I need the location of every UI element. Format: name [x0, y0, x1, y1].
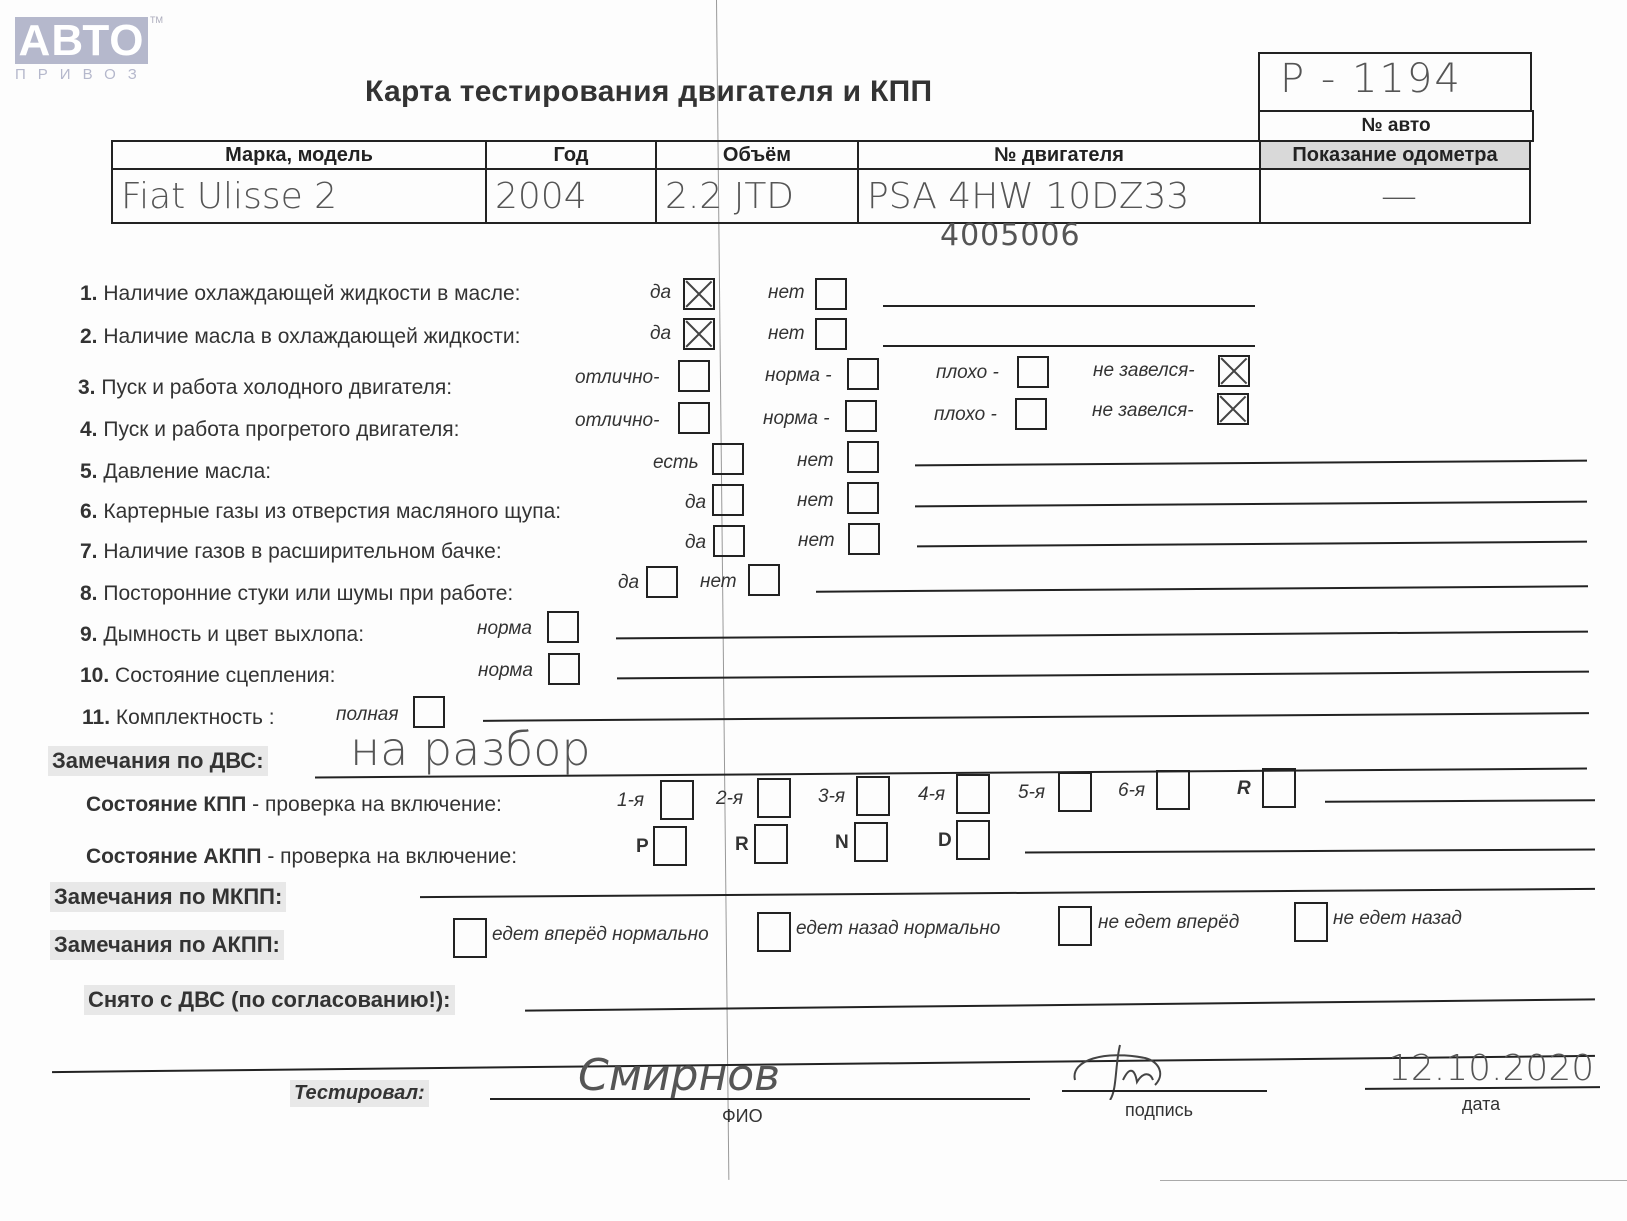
document-title: Карта тестирования двигателя и КПП: [365, 75, 932, 109]
header-engine-number: № двигателя: [858, 141, 1260, 169]
item-6-label: 6. Картерные газы из отверстия масляного…: [80, 500, 561, 524]
item-4-excellent-checkbox[interactable]: [678, 402, 710, 434]
option-label: да: [650, 282, 671, 304]
auto-number-label: № авто: [1258, 110, 1534, 142]
akpp-gear-label: D: [938, 830, 952, 852]
item-1-label: 1. Наличие охлаждающей жидкости в масле:: [80, 282, 520, 306]
value-volume: 2.2 JTD: [656, 169, 858, 223]
item-4-normal-checkbox[interactable]: [845, 400, 877, 432]
header-make-model: Марка, модель: [112, 141, 486, 169]
item-7-no-checkbox[interactable]: [848, 523, 880, 555]
signature-line: [1062, 1090, 1267, 1092]
item-8-label: 8. Посторонние стуки или шумы при работе…: [80, 582, 513, 606]
option-label: да: [650, 323, 671, 345]
akpp-gear-D-checkbox[interactable]: [956, 820, 990, 860]
akpp-notes-line[interactable]: [1025, 849, 1595, 854]
akpp-no-reverse-checkbox[interactable]: [1294, 902, 1328, 942]
option-label: едет вперёд нормально: [492, 924, 709, 946]
option-label: плохо -: [936, 362, 999, 384]
engine-number-extra: 4005006: [940, 218, 1081, 253]
option-label: не завелся-: [1092, 400, 1194, 422]
option-label: да: [685, 492, 706, 514]
option-label: не едет назад: [1333, 908, 1462, 930]
removed-from-engine-line[interactable]: [525, 998, 1595, 1011]
value-make-model: Fiat Ulisse 2: [112, 169, 486, 223]
date-line: [1365, 1086, 1600, 1090]
akpp-gear-label: R: [735, 834, 749, 856]
item-2-notes-line[interactable]: [883, 345, 1255, 347]
option-label: норма -: [765, 365, 832, 387]
item-3-did-not-start-checkbox[interactable]: [1218, 355, 1250, 387]
akpp-forward-normal-checkbox[interactable]: [453, 918, 487, 958]
item-4-label: 4. Пуск и работа прогретого двигателя:: [80, 418, 460, 442]
item-1-net-checkbox[interactable]: [815, 278, 847, 310]
item-6-yes-checkbox[interactable]: [712, 484, 744, 516]
option-label: нет: [700, 571, 737, 593]
item-9-label: 9. Дымность и цвет выхлопа:: [80, 623, 364, 647]
vehicle-info-table: Марка, модель Год Объём № двигателя Пока…: [111, 140, 1531, 224]
logo-trademark: TM: [150, 15, 163, 25]
item-3-bad-checkbox[interactable]: [1017, 356, 1049, 388]
item-8-notes-line[interactable]: [816, 585, 1588, 592]
auto-number-value: P - 1194: [1280, 56, 1462, 102]
option-label: норма: [477, 618, 532, 640]
header-volume: Объём: [656, 141, 858, 169]
item-6-no-checkbox[interactable]: [847, 482, 879, 514]
akpp-gear-P-checkbox[interactable]: [653, 826, 687, 866]
akpp-reverse-normal-checkbox[interactable]: [757, 912, 791, 952]
item-3-normal-checkbox[interactable]: [847, 358, 879, 390]
option-label: есть: [653, 452, 699, 474]
option-label: нет: [768, 323, 805, 345]
header-year: Год: [486, 141, 656, 169]
kpp-gear-label: 3-я: [818, 786, 845, 808]
option-label: нет: [798, 530, 835, 552]
kpp-gear-label: 4-я: [918, 784, 945, 806]
kpp-gear-label: 6-я: [1118, 780, 1145, 802]
akpp-gear-N-checkbox[interactable]: [854, 822, 888, 862]
tester-name[interactable]: Смирнов: [578, 1050, 780, 1101]
item-4-did-not-start-checkbox[interactable]: [1217, 393, 1249, 425]
item-10-label: 10. Состояние сцепления:: [80, 664, 335, 688]
value-odometer: —: [1260, 169, 1530, 223]
item-2-da-checkbox[interactable]: [683, 318, 715, 350]
date-caption: дата: [1462, 1094, 1500, 1115]
kpp-gear-5-checkbox[interactable]: [1058, 772, 1092, 812]
removed-extra-line[interactable]: [52, 1055, 1595, 1073]
removed-from-engine-label: Снято с ДВС (по согласованию!):: [84, 985, 455, 1015]
item-11-label: 11. Комплектность :: [82, 706, 275, 730]
item-1-da-checkbox[interactable]: [683, 278, 715, 310]
item-7-notes-line[interactable]: [917, 541, 1587, 548]
option-label: нет: [768, 282, 805, 304]
item-5-label: 5. Давление масла:: [80, 460, 271, 484]
test-date[interactable]: 12.10.2020: [1388, 1048, 1594, 1089]
item-5-yes-checkbox[interactable]: [712, 443, 744, 475]
kpp-gear-6-checkbox[interactable]: [1156, 770, 1190, 810]
avtoprivoz-logo: АВТО: [15, 17, 148, 64]
option-label: едет назад нормально: [796, 918, 1000, 940]
option-label: нет: [797, 450, 834, 472]
item-2-label: 2. Наличие масла в охлаждающей жидкости:: [80, 325, 520, 349]
item-7-label: 7. Наличие газов в расширительном бачке:: [80, 540, 502, 564]
scan-edge-line: [1160, 1180, 1627, 1181]
remarks-akpp-label: Замечания по АКПП:: [50, 930, 284, 960]
option-label: не завелся-: [1093, 360, 1195, 382]
kpp-gear-3-checkbox[interactable]: [856, 776, 890, 816]
option-label: нет: [797, 490, 834, 512]
logo-subtitle: ПРИВОЗ: [15, 66, 150, 83]
header-odometer: Показание одометра: [1260, 141, 1530, 169]
item-7-yes-checkbox[interactable]: [713, 525, 745, 557]
value-engine-number: PSA 4HW 10DZ33: [858, 169, 1260, 223]
option-label: отлично-: [575, 367, 659, 389]
item-2-net-checkbox[interactable]: [815, 318, 847, 350]
item-1-notes-line[interactable]: [883, 305, 1255, 307]
item-11-notes-line[interactable]: [483, 712, 1589, 722]
item-4-bad-checkbox[interactable]: [1015, 398, 1047, 430]
kpp-notes-line[interactable]: [1325, 799, 1595, 802]
signature-caption: подпись: [1125, 1100, 1193, 1121]
item-10-notes-line[interactable]: [617, 671, 1589, 680]
value-year: 2004: [486, 169, 656, 223]
kpp-gear-label: 5-я: [1018, 782, 1045, 804]
kpp-gear-4-checkbox[interactable]: [956, 774, 990, 814]
tester-label: Тестировал:: [290, 1080, 429, 1107]
option-label: норма: [478, 660, 533, 682]
item-8-yes-checkbox[interactable]: [646, 566, 678, 598]
kpp-gear-1-checkbox[interactable]: [660, 780, 694, 820]
remarks-mkpp-label: Замечания по МКПП:: [50, 882, 286, 912]
akpp-gear-label: P: [636, 836, 649, 858]
name-caption: ФИО: [722, 1106, 763, 1127]
kpp-gear-label: R: [1237, 778, 1251, 800]
remarks-engine-label: Замечания по ДВС:: [48, 746, 268, 776]
item-9-normal-checkbox[interactable]: [547, 611, 579, 643]
option-label: не едет вперёд: [1098, 912, 1239, 934]
signature-image: [1065, 1020, 1185, 1100]
kpp-gear-label: 2-я: [716, 788, 743, 810]
option-label: норма -: [763, 408, 830, 430]
akpp-no-forward-checkbox[interactable]: [1058, 906, 1092, 946]
item-3-excellent-checkbox[interactable]: [678, 360, 710, 392]
akpp-gear-label: N: [835, 832, 849, 854]
table-header-row: Марка, модель Год Объём № двигателя Пока…: [112, 141, 1530, 169]
option-label: плохо -: [934, 404, 997, 426]
item-3-label: 3. Пуск и работа холодного двигателя:: [78, 376, 452, 400]
item-8-no-checkbox[interactable]: [748, 564, 780, 596]
item-6-notes-line[interactable]: [915, 501, 1587, 508]
kpp-label: Состояние КПП - проверка на включение:: [86, 793, 502, 817]
tester-name-line: [490, 1098, 1030, 1100]
item-5-notes-line[interactable]: [915, 460, 1587, 467]
kpp-gear-2-checkbox[interactable]: [757, 778, 791, 818]
item-10-normal-checkbox[interactable]: [548, 653, 580, 685]
table-row: Fiat Ulisse 2 2004 2.2 JTD PSA 4HW 10DZ3…: [112, 169, 1530, 223]
option-label: да: [618, 572, 639, 594]
remarks-engine-value[interactable]: на разбор: [350, 722, 591, 776]
item-9-notes-line[interactable]: [616, 631, 1588, 640]
akpp-label: Состояние АКПП - проверка на включение:: [86, 845, 517, 869]
option-label: да: [685, 532, 706, 554]
item-5-no-checkbox[interactable]: [847, 441, 879, 473]
remarks-mkpp-line[interactable]: [420, 888, 1595, 898]
akpp-gear-R-checkbox[interactable]: [754, 824, 788, 864]
kpp-gear-label: 1-я: [617, 790, 644, 812]
kpp-gear-R-checkbox[interactable]: [1262, 768, 1296, 808]
option-label: отлично-: [575, 410, 659, 432]
